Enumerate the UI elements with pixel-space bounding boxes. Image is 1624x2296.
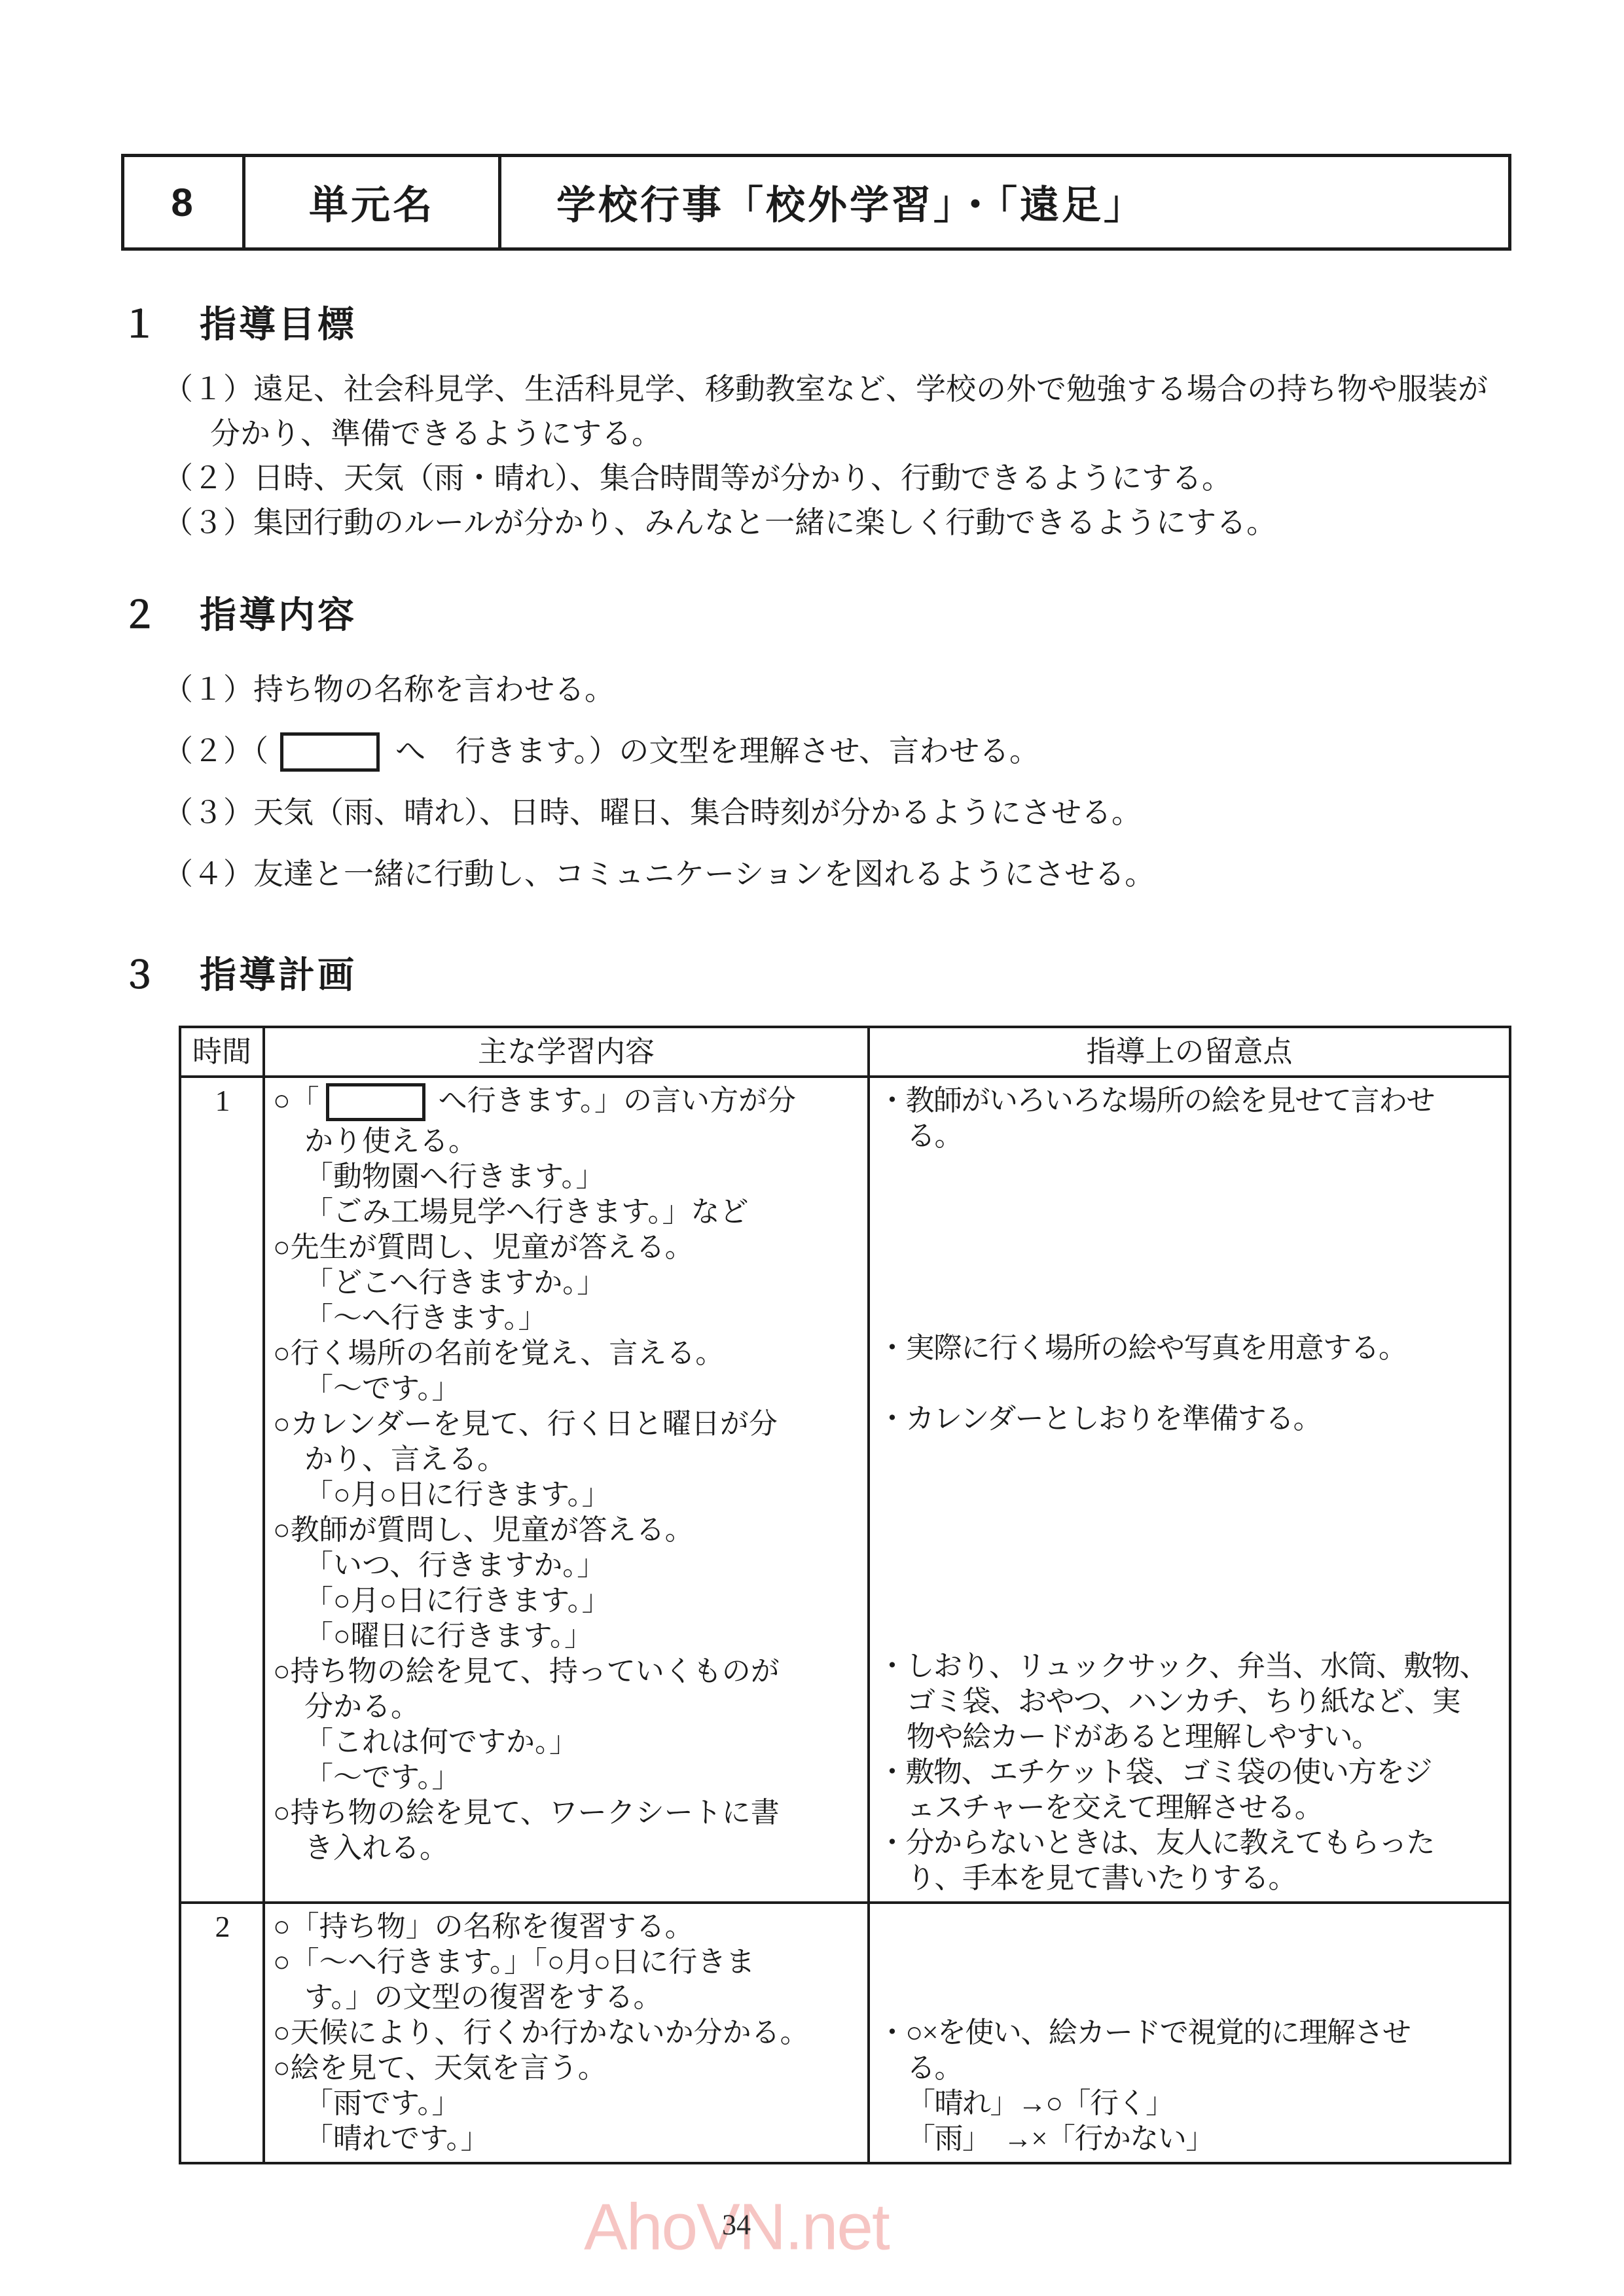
page-number: 34 [722, 2208, 751, 2242]
learning-line: 「～です。」 [273, 1371, 861, 1407]
learning-line: 「～へ行きます。」 [273, 1300, 861, 1336]
learning-line: ○天候により、行くか行かないか分かる。 [273, 2015, 861, 2051]
unit-label: 単元名 [244, 156, 500, 249]
note-line [878, 1225, 1502, 1260]
note-line [878, 1507, 1502, 1543]
unit-number: 8 [123, 156, 244, 249]
note-line: 「晴れ」→○「行く」 [878, 2086, 1502, 2121]
learning-line: 「～です。」 [273, 1760, 861, 1795]
plan-cell-notes: ・教師がいろいろな場所の絵を見せて言わせる。 ・実際に行く場所の絵や写真を用意す… [869, 1077, 1510, 1903]
unit-banner-row: 8 単元名 学校行事「校外学習」・「遠足」 [123, 156, 1510, 249]
plan-header-learning: 主な学習内容 [264, 1027, 869, 1077]
plan-cell-notes: ・○×を使い、絵カードで視覚的に理解させる。「晴れ」→○「行く」「雨」 →×「行… [869, 1903, 1510, 2163]
content-line: （１）持ち物の名称を言わせる。 [163, 659, 1511, 721]
learning-line: 「これは何ですか。」 [273, 1725, 861, 1760]
note-line: ・分からないときは、友人に教えてもらった [878, 1825, 1502, 1861]
page-footer: AhoVN.net 34 [121, 2164, 1511, 2295]
plan-cell-time: 2 [180, 1903, 264, 2163]
learning-line: 分かる。 [273, 1689, 861, 1725]
learning-line: ○「持ち物」の名称を復習する。 [273, 1909, 861, 1945]
blank-box [326, 1083, 425, 1121]
learning-line: 「いつ、行きますか。」 [273, 1548, 861, 1583]
note-line [878, 1909, 1502, 1945]
goal-line: （３）集団行動のルールが分かり、みんなと一緒に楽しく行動できるようにする。 [163, 501, 1511, 545]
note-line [878, 1154, 1502, 1189]
note-line: り、手本を見て書いたりする。 [878, 1861, 1502, 1896]
note-line: 「雨」 →×「行かない」 [878, 2121, 1502, 2157]
content-line: （３）天気（雨、晴れ）、日時、曜日、集合時刻が分かるようにさせる。 [163, 782, 1511, 844]
learning-line: ○行く場所の名前を覚え、言える。 [273, 1336, 861, 1371]
plan-cell-learning: ○「持ち物」の名称を復習する。○「～へ行きます。」「○月○日に行きます。」の文型… [264, 1903, 869, 2163]
note-line: る。 [878, 1119, 1502, 1154]
section3-heading: ３ 指導計画 [121, 952, 1511, 998]
learning-line: ○絵を見て、天気を言う。 [273, 2051, 861, 2086]
note-line [878, 1980, 1502, 2015]
learning-line: ○持ち物の絵を見て、ワークシートに書 [273, 1795, 861, 1831]
learning-line: ○「へ行きます。」の言い方が分 [273, 1083, 861, 1124]
blank-box [280, 732, 380, 772]
note-line [878, 1366, 1502, 1401]
learning-line: き入れる。 [273, 1831, 861, 1866]
note-line: る。 [878, 2051, 1502, 2086]
learning-line: 「ごみ工場見学へ行きます。」など [273, 1194, 861, 1230]
note-line: ゴミ袋、おやつ、ハンカチ、ちり紙など、実 [878, 1684, 1502, 1719]
document-page: { "header": { "number": "8", "label": "単… [0, 0, 1624, 2296]
learning-line: ○カレンダーを見て、行く日と曜日が分 [273, 1407, 861, 1442]
section1-goal-list: （１）遠足、社会科見学、生活科見学、移動教室など、学校の外で勉強する場合の持ち物… [163, 367, 1511, 545]
note-line: ・実際に行く場所の絵や写真を用意する。 [878, 1331, 1502, 1366]
note-line [878, 1472, 1502, 1507]
unit-title: 学校行事「校外学習」・「遠足」 [500, 156, 1510, 249]
learning-line: かり、言える。 [273, 1442, 861, 1477]
note-line: ・しおり、リュックサック、弁当、水筒、敷物、 [878, 1649, 1502, 1684]
note-line: ェスチャーを交えて理解させる。 [878, 1790, 1502, 1825]
learning-line: 「○月○日に行きます。」 [273, 1477, 861, 1513]
learning-line: 「○月○日に行きます。」 [273, 1583, 861, 1619]
note-line [878, 1260, 1502, 1295]
section2-content-list: （１）持ち物の名称を言わせる。（２）（へ 行きます。）の文型を理解させ、言わせる… [163, 659, 1511, 905]
goal-line: 分かり、準備できるようにする。 [163, 412, 1511, 456]
unit-banner-table: 8 単元名 学校行事「校外学習」・「遠足」 [121, 154, 1511, 251]
learning-line: ○持ち物の絵を見て、持っていくものが [273, 1654, 861, 1689]
goal-line: （２）日時、天気（雨・晴れ）、集合時間等が分かり、行動できるようにする。 [163, 456, 1511, 501]
note-line [878, 1295, 1502, 1331]
learning-line: ○「～へ行きます。」「○月○日に行きま [273, 1945, 861, 1980]
plan-cell-time: 1 [180, 1077, 264, 1903]
section2-heading: ２ 指導内容 [121, 592, 1511, 638]
learning-line: す。」の文型の復習をする。 [273, 1980, 861, 2015]
note-line: 物や絵カードがあると理解しやすい。 [878, 1719, 1502, 1755]
plan-row: 2○「持ち物」の名称を復習する。○「～へ行きます。」「○月○日に行きます。」の文… [180, 1903, 1510, 2163]
plan-cell-learning: ○「へ行きます。」の言い方が分かり使える。「動物園へ行きます。」「ごみ工場見学へ… [264, 1077, 869, 1903]
note-line: ・カレンダーとしおりを準備する。 [878, 1401, 1502, 1437]
note-line: ・教師がいろいろな場所の絵を見せて言わせ [878, 1083, 1502, 1119]
plan-table-header-row: 時間 主な学習内容 指導上の留意点 [180, 1027, 1510, 1077]
plan-header-notes: 指導上の留意点 [869, 1027, 1510, 1077]
content-line: （２）（へ 行きます。）の文型を理解させ、言わせる。 [163, 721, 1511, 782]
learning-line: ○先生が質問し、児童が答える。 [273, 1230, 861, 1265]
learning-line: かり使える。 [273, 1124, 861, 1159]
plan-row: 1○「へ行きます。」の言い方が分かり使える。「動物園へ行きます。」「ごみ工場見学… [180, 1077, 1510, 1903]
note-line [878, 1578, 1502, 1613]
note-line [878, 1437, 1502, 1472]
plan-table: 時間 主な学習内容 指導上の留意点 1○「へ行きます。」の言い方が分かり使える。… [179, 1026, 1511, 2164]
learning-line: ○教師が質問し、児童が答える。 [273, 1513, 861, 1548]
plan-header-time: 時間 [180, 1027, 264, 1077]
learning-line: 「動物園へ行きます。」 [273, 1159, 861, 1194]
note-line [878, 1189, 1502, 1225]
section1-heading: １ 指導目標 [121, 302, 1511, 348]
note-line: ・○×を使い、絵カードで視覚的に理解させ [878, 2015, 1502, 2051]
learning-line: 「雨です。」 [273, 2086, 861, 2121]
goal-line: （１）遠足、社会科見学、生活科見学、移動教室など、学校の外で勉強する場合の持ち物… [163, 367, 1511, 412]
learning-line: 「どこへ行きますか。」 [273, 1265, 861, 1300]
note-line [878, 1613, 1502, 1649]
note-line [878, 1543, 1502, 1578]
note-line [878, 1945, 1502, 1980]
content-line: （４）友達と一緒に行動し、コミュニケーションを図れるようにさせる。 [163, 844, 1511, 905]
note-line: ・敷物、エチケット袋、ゴミ袋の使い方をジ [878, 1755, 1502, 1790]
learning-line: 「○曜日に行きます。」 [273, 1619, 861, 1654]
learning-line: 「晴れです。」 [273, 2121, 861, 2157]
